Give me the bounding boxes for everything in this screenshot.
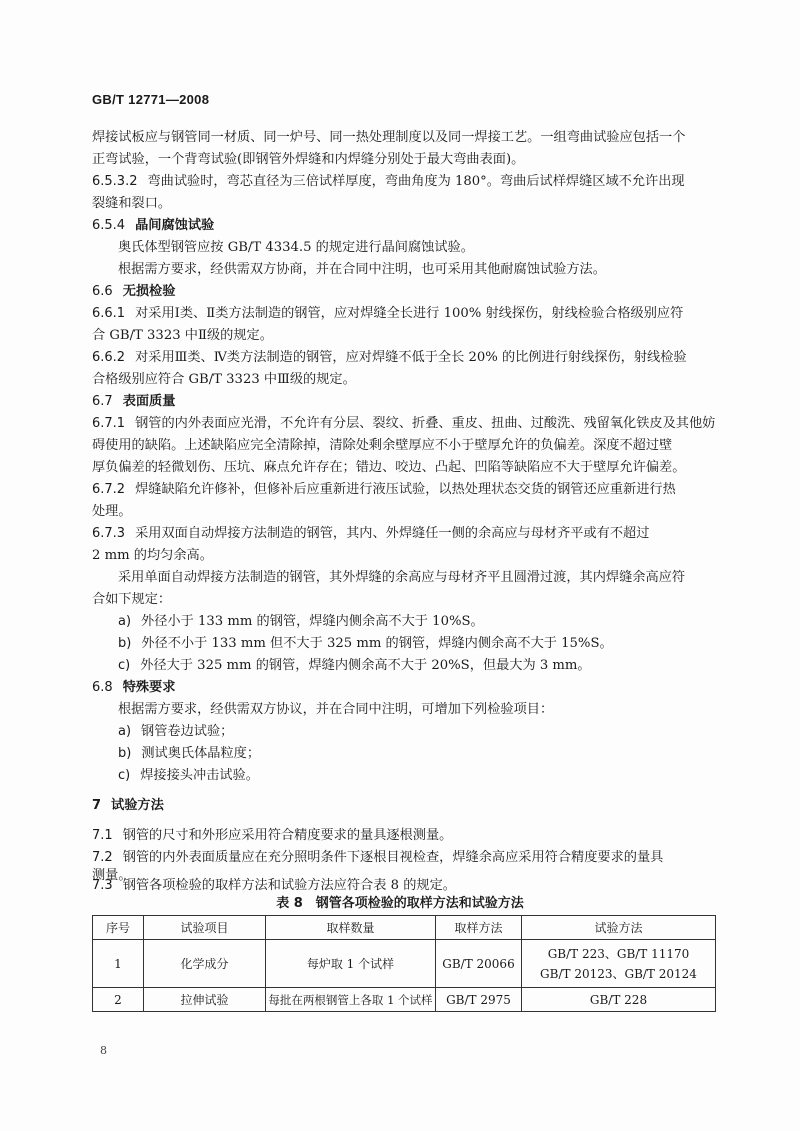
list-label: a) (118, 722, 131, 742)
table-caption: 表 8 钢管各项检验的取样方法和试验方法 (0, 892, 800, 911)
cell-sampling: GB/T 20066 (436, 940, 522, 988)
paragraph-line: 根据需方要求，经供需双方协商，并在合同中注明，也可采用其他耐腐蚀试验方法。 (118, 260, 606, 280)
method-line: GB/T 223、GB/T 11170 (522, 944, 715, 964)
clause-6-6-2: 6.6.2对采用Ⅲ类、Ⅳ类方法制造的钢管，应对焊缝不低于全长 20% 的比例进行… (92, 348, 687, 368)
clause-number: 6.7 (92, 392, 113, 412)
clause-number: 6.7.2 (92, 480, 125, 500)
column-header: 取样方法 (436, 916, 522, 940)
paragraph-line: 奥氏体型钢管应按 GB/T 4334.5 的规定进行晶间腐蚀试验。 (118, 238, 474, 258)
column-header: 取样数量 (266, 916, 436, 940)
clause-text: 采用双面自动焊接方法制造的钢管，其内、外焊缝任一侧的余高应与母材齐平或有不超过 (135, 526, 649, 541)
heading-title: 晶间腐蚀试验 (135, 218, 214, 233)
cell-quantity: 每批在两根钢管上各取 1 个试样 (266, 988, 436, 1012)
cell-no: 2 (93, 988, 144, 1012)
table-8: 序号 试验项目 取样数量 取样方法 试验方法 1 化学成分 每炉取 1 个试样 … (92, 915, 716, 1012)
clause-text: 对采用Ⅲ类、Ⅳ类方法制造的钢管，应对焊缝不低于全长 20% 的比例进行射线探伤，… (135, 350, 687, 365)
clause-6-5-3-2: 6.5.3.2弯曲试验时，弯芯直径为三倍试样厚度，弯曲角度为 180°。弯曲后试… (92, 172, 685, 192)
cell-quantity: 每炉取 1 个试样 (266, 940, 436, 988)
paragraph-line: 正弯试验，一个背弯试验(即钢管外焊缝和内焊缝分别处于最大弯曲表面)。 (92, 150, 524, 170)
clause-text: 钢管的内外表面质量应在充分照明条件下逐根目视检查，焊缝余高应采用符合精度要求的量… (123, 850, 664, 865)
clause-number: 6.6.1 (92, 304, 125, 324)
list-text: 外径大于 325 mm 的钢管，焊缝内侧余高不大于 20%S，但最大为 3 mm… (140, 658, 590, 673)
column-header: 序号 (93, 916, 144, 940)
clause-text: 钢管各项检验的取样方法和试验方法应符合表 8 的规定。 (123, 878, 456, 893)
heading-title: 表面质量 (123, 394, 176, 409)
list-text: 焊接接头冲击试验。 (140, 768, 259, 783)
table-header-row: 序号 试验项目 取样数量 取样方法 试验方法 (93, 916, 716, 940)
paragraph-line: 碍使用的缺陷。上述缺陷应完全清除掉，清除处剩余壁厚应不小于壁厚允许的负偏差。深度… (92, 436, 672, 456)
heading-title: 特殊要求 (123, 680, 176, 695)
paragraph-line: 2 mm 的均匀余高。 (92, 546, 213, 566)
heading-6-8: 6.8特殊要求 (92, 678, 175, 698)
list-item: c)焊接接头冲击试验。 (118, 766, 259, 786)
list-text: 外径小于 133 mm 的钢管，焊缝内侧余高不大于 10%S。 (141, 614, 484, 629)
cell-item: 化学成分 (144, 940, 266, 988)
paragraph-line: 厚负偏差的轻微划伤、压坑、麻点允许存在；错边、咬边、凸起、凹陷等缺陷应不大于壁厚… (92, 458, 685, 478)
list-item: b)测试奥氏体晶粒度； (118, 744, 260, 764)
paragraph-line: 合 GB/T 3323 中Ⅱ级的规定。 (92, 326, 273, 346)
list-label: a) (118, 612, 131, 632)
list-item: a)钢管卷边试验； (118, 722, 233, 742)
column-header: 试验方法 (522, 916, 716, 940)
clause-7-1: 7.1钢管的尺寸和外形应采用符合精度要求的量具逐根测量。 (92, 826, 452, 846)
list-item: a)外径小于 133 mm 的钢管，焊缝内侧余高不大于 10%S。 (118, 612, 484, 632)
heading-title: 无损检验 (123, 284, 176, 299)
clause-6-7-1: 6.7.1钢管的内外表面应光滑，不允许有分层、裂纹、折叠、重皮、扭曲、过酸洗、残… (92, 414, 715, 434)
cell-no: 1 (93, 940, 144, 988)
heading-title: 试验方法 (111, 798, 164, 813)
paragraph-line: 处理。 (92, 502, 132, 522)
clause-number: 6.7.3 (92, 524, 125, 544)
clause-7-2: 7.2钢管的内外表面质量应在充分照明条件下逐根目视检查，焊缝余高应采用符合精度要… (92, 848, 663, 868)
table-row: 1 化学成分 每炉取 1 个试样 GB/T 20066 GB/T 223、GB/… (93, 940, 716, 988)
list-text: 钢管卷边试验； (141, 724, 233, 739)
heading-7: 7试验方法 (92, 796, 164, 816)
method-line: GB/T 20123、GB/T 20124 (522, 964, 715, 984)
list-item: c)外径大于 325 mm 的钢管，焊缝内侧余高不大于 20%S，但最大为 3 … (118, 656, 591, 676)
paragraph-line: 焊接试板应与钢管同一材质、同一炉号、同一热处理制度以及同一焊接工艺。一组弯曲试验… (92, 128, 685, 148)
heading-6-7: 6.7表面质量 (92, 392, 175, 412)
clause-number: 6.8 (92, 678, 113, 698)
clause-6-7-2: 6.7.2焊缝缺陷允许修补，但修补后应重新进行液压试验，以热处理状态交货的钢管还… (92, 480, 676, 500)
clause-6-6-1: 6.6.1对采用Ⅰ类、Ⅱ类方法制造的钢管，应对焊缝全长进行 100% 射线探伤，… (92, 304, 683, 324)
cell-item: 拉伸试验 (144, 988, 266, 1012)
heading-6-6: 6.6无损检验 (92, 282, 175, 302)
cell-methods: GB/T 228 (522, 988, 716, 1012)
paragraph-line: 合格级别应符合 GB/T 3323 中Ⅲ级的规定。 (92, 370, 356, 390)
clause-number: 6.6 (92, 282, 113, 302)
list-text: 外径不小于 133 mm 但不大于 325 mm 的钢管，焊缝内侧余高不大于 1… (141, 636, 612, 651)
paragraph-line: 根据需方要求，经供需双方协议，并在合同中注明，可增加下列检验项目： (118, 700, 553, 720)
list-text: 测试奥氏体晶粒度； (141, 746, 260, 761)
table-row: 2 拉伸试验 每批在两根钢管上各取 1 个试样 GB/T 2975 GB/T 2… (93, 988, 716, 1012)
clause-number: 6.6.2 (92, 348, 125, 368)
list-item: b)外径不小于 133 mm 但不大于 325 mm 的钢管，焊缝内侧余高不大于… (118, 634, 613, 654)
clause-number: 7.2 (92, 848, 113, 868)
paragraph-line: 裂缝和裂口。 (92, 194, 171, 214)
list-label: c) (118, 656, 130, 676)
clause-text: 焊缝缺陷允许修补，但修补后应重新进行液压试验，以热处理状态交货的钢管还应重新进行… (135, 482, 676, 497)
clause-number: 6.5.3.2 (92, 172, 137, 192)
chapter-number: 7 (92, 796, 101, 816)
standard-code-header: GB/T 12771—2008 (92, 92, 209, 107)
cell-methods: GB/T 223、GB/T 11170GB/T 20123、GB/T 20124 (522, 940, 716, 988)
list-label: b) (118, 744, 131, 764)
column-header: 试验项目 (144, 916, 266, 940)
clause-text: 对采用Ⅰ类、Ⅱ类方法制造的钢管，应对焊缝全长进行 100% 射线探伤，射线检验合… (135, 306, 683, 321)
clause-text: 钢管的尺寸和外形应采用符合精度要求的量具逐根测量。 (123, 828, 453, 843)
document-page: GB/T 12771—2008 焊接试板应与钢管同一材质、同一炉号、同一热处理制… (0, 0, 800, 1131)
clause-text: 钢管的内外表面应光滑，不允许有分层、裂纹、折叠、重皮、扭曲、过酸洗、残留氧化铁皮… (135, 416, 715, 431)
heading-6-5-4: 6.5.4晶间腐蚀试验 (92, 216, 214, 236)
clause-number: 7.1 (92, 826, 113, 846)
page-number: 8 (100, 1044, 107, 1057)
clause-text: 弯曲试验时，弯芯直径为三倍试样厚度，弯曲角度为 180°。弯曲后试样焊缝区域不允… (147, 174, 684, 189)
paragraph-line: 采用单面自动焊接方法制造的钢管，其外焊缝的余高应与母材齐平且圆滑过渡，其内焊缝余… (118, 568, 685, 588)
list-label: b) (118, 634, 131, 654)
clause-number: 6.5.4 (92, 216, 125, 236)
cell-sampling: GB/T 2975 (436, 988, 522, 1012)
clause-number: 6.7.1 (92, 414, 125, 434)
paragraph-line: 合如下规定： (92, 590, 171, 610)
clause-6-7-3: 6.7.3采用双面自动焊接方法制造的钢管，其内、外焊缝任一侧的余高应与母材齐平或… (92, 524, 649, 544)
list-label: c) (118, 766, 130, 786)
